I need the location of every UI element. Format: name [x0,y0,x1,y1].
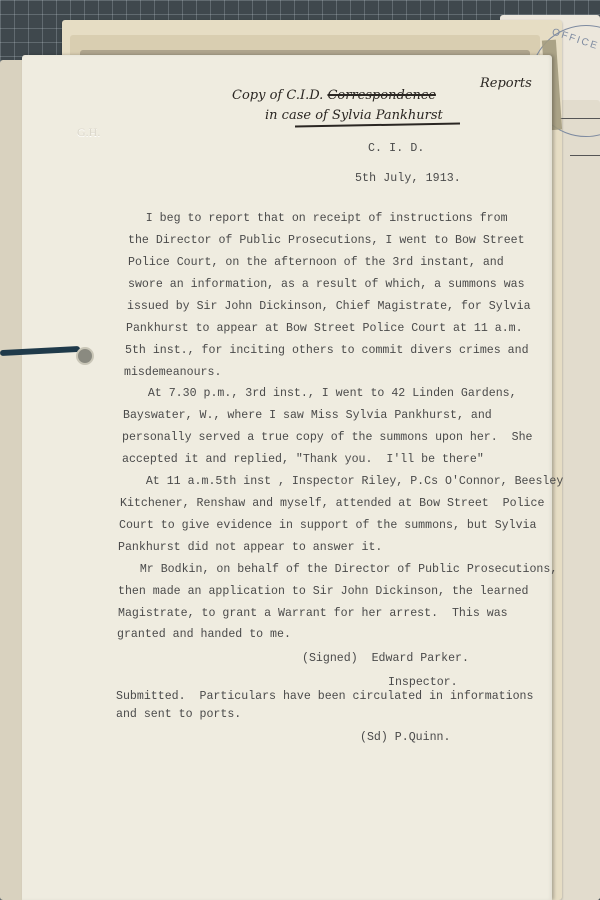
punch-hole [76,347,94,365]
body-line: Pankhurst to appear at Bow Street Police… [126,322,523,335]
body-line: issued by Sir John Dickinson, Chief Magi… [127,300,531,313]
department-header: C. I. D. [368,142,424,155]
body-line: 5th inst., for inciting others to commit… [125,344,529,357]
body-line: Magistrate, to grant a Warrant for her a… [118,607,508,620]
underlying-sheet-edge [560,100,600,900]
submitted-line: and sent to ports. [116,708,241,721]
body-line: then made an application to Sir John Dic… [118,585,529,598]
body-line: At 7.30 p.m., 3rd inst., I went to 42 Li… [120,387,517,400]
body-line: At 11 a.m.5th inst , Inspector Riley, P.… [118,475,563,488]
body-line: Kitchener, Renshaw and myself, attended … [120,497,544,510]
body-line: Court to give evidence in support of the… [119,519,536,532]
handwritten-annotation-line2: in case of Sylvia Pankhurst [265,108,443,123]
hw-insert-word: Reports [480,76,532,91]
body-line: Police Court, on the afternoon of the 3r… [128,256,504,269]
body-line: Bayswater, W., where I saw Miss Sylvia P… [123,409,492,422]
handwritten-annotation-line1: Copy of C.I.D. Correspondence [232,88,436,103]
body-line: swore an information, as a result of whi… [128,278,525,291]
second-signature: (Sd) P.Quinn. [360,731,450,744]
signature-line: (Signed) Edward Parker. [302,652,469,665]
embossed-mark: G.H. [77,125,100,140]
form-rule-line [560,118,600,119]
report-date: 5th July, 1913. [355,172,461,185]
form-rule-line [570,155,600,156]
body-line: I beg to report that on receipt of instr… [104,212,508,225]
body-line: accepted it and replied, "Thank you. I'l… [122,453,484,466]
body-line: the Director of Public Prosecutions, I w… [128,234,525,247]
submitted-line: Submitted. Particulars have been circula… [116,690,533,703]
body-line: Pankhurst did not appear to answer it. [118,541,382,554]
body-line: misdemeanours. [124,366,221,379]
stamp-text: OFFICE [550,27,600,53]
body-line: personally served a true copy of the sum… [122,431,533,444]
body-line: Mr Bodkin, on behalf of the Director of … [112,563,557,576]
hw-struck-word: Correspondence [327,88,435,103]
hw-prefix: Copy of C.I.D. [232,88,327,103]
signature-title: Inspector. [388,676,458,689]
body-line: granted and handed to me. [117,628,291,641]
